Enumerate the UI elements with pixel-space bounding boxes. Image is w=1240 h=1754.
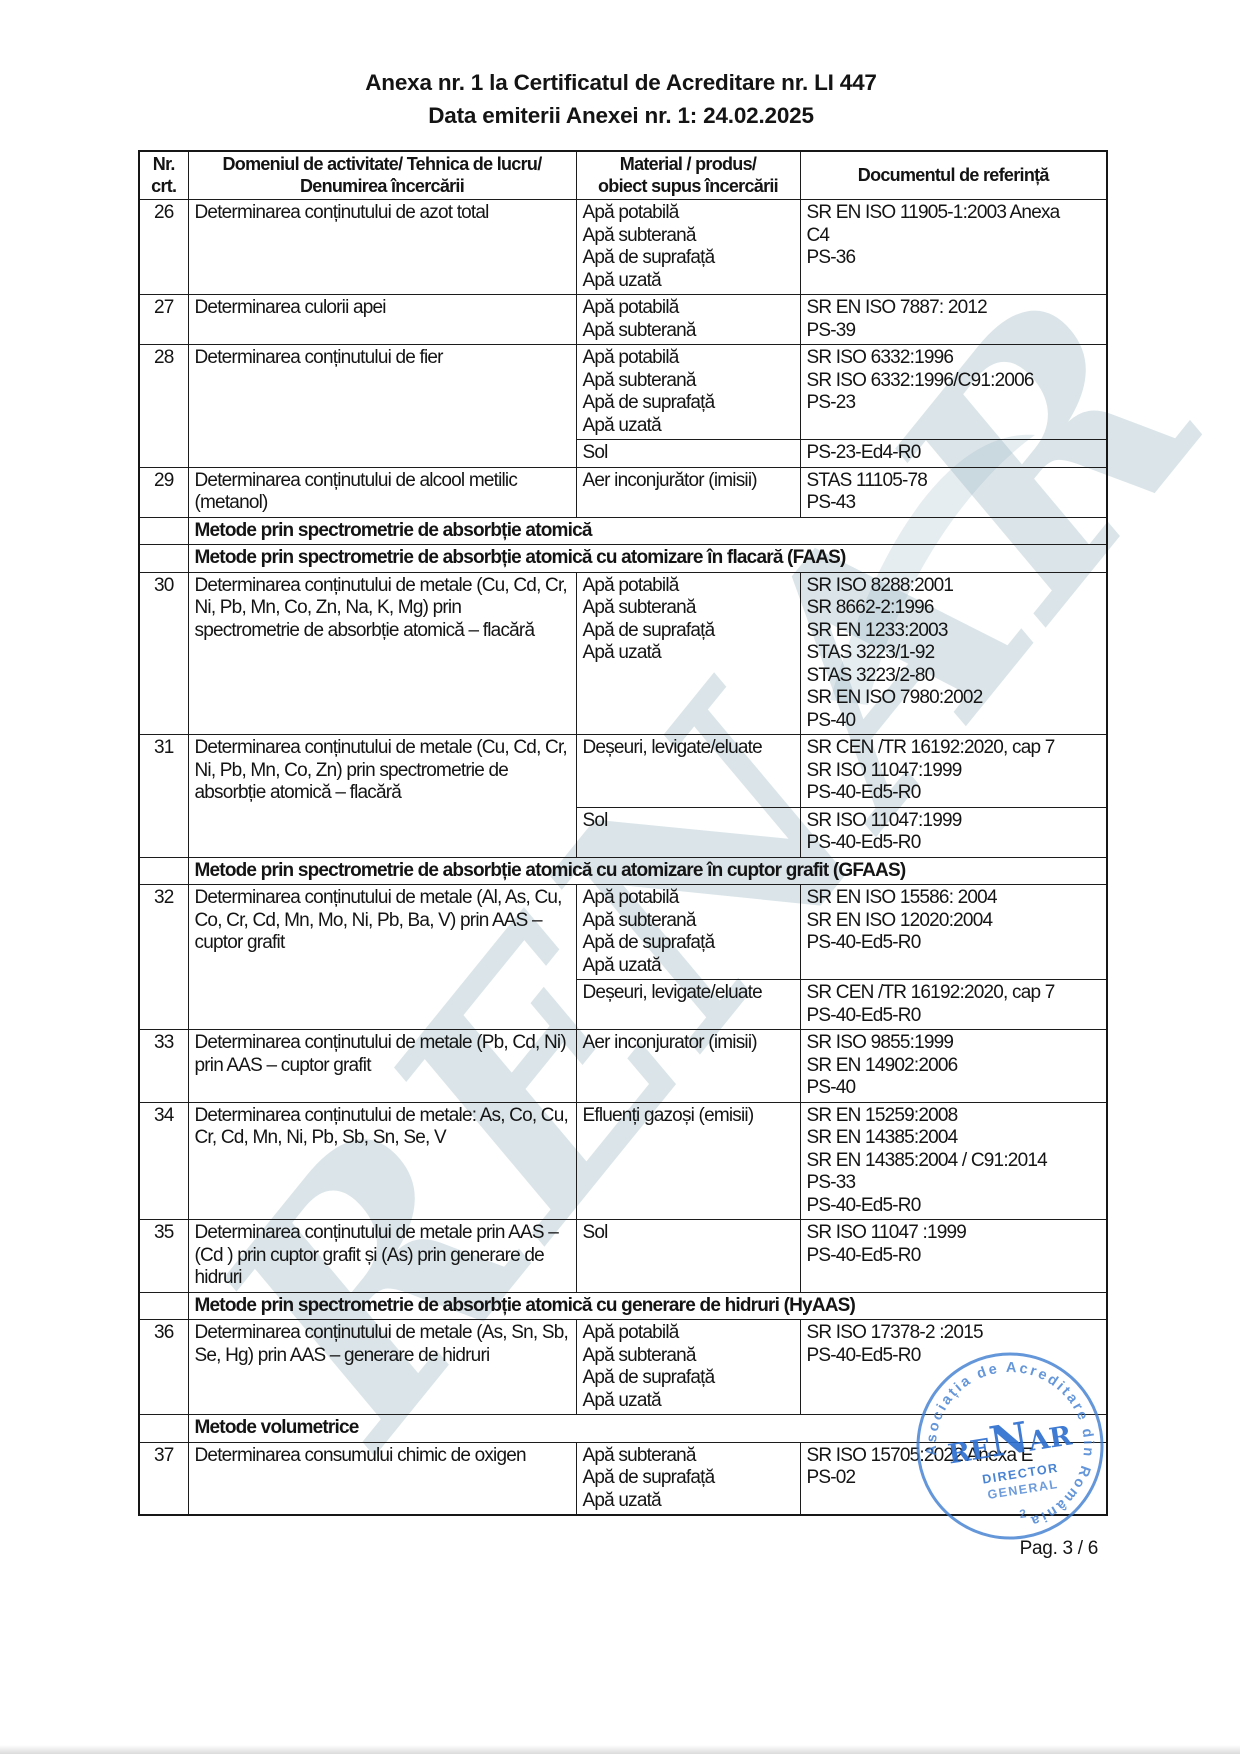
row-29-nr: 29 xyxy=(139,467,188,517)
row-34-material: Efluenți gazoși (emisii) xyxy=(576,1102,800,1220)
row-26-nr: 26 xyxy=(139,200,188,295)
scan-edge-shadow xyxy=(0,1745,1240,1754)
table-row-35: 35 Determinarea conținutului de metale p… xyxy=(139,1220,1107,1293)
section-volumetrice-empty xyxy=(139,1415,188,1443)
row-32-material-a: Apă potabilă Apă subterană Apă de supraf… xyxy=(576,885,800,980)
section-row-gfaas: Metode prin spectrometrie de absorbție a… xyxy=(139,857,1107,885)
row-29-material: Aer inconjurător (imisii) xyxy=(576,467,800,517)
row-30-material: Apă potabilă Apă subterană Apă de supraf… xyxy=(576,572,800,735)
section-aas-empty xyxy=(139,517,188,545)
row-28-reference-a: SR ISO 6332:1996 SR ISO 6332:1996/C91:20… xyxy=(800,345,1107,440)
row-26-reference: SR EN ISO 11905-1:2003 Anexa C4 PS-36 xyxy=(800,200,1107,295)
section-gfaas-empty xyxy=(139,857,188,885)
row-28-material-a: Apă potabilă Apă subterană Apă de supraf… xyxy=(576,345,800,440)
table-row-26: 26 Determinarea conținutului de azot tot… xyxy=(139,200,1107,295)
row-34-reference: SR EN 15259:2008 SR EN 14385:2004 SR EN … xyxy=(800,1102,1107,1220)
accreditation-table: Nr. crt. Domeniul de activitate/ Tehnica… xyxy=(138,150,1108,1516)
row-37-nr: 37 xyxy=(139,1442,188,1515)
section-gfaas-label: Metode prin spectrometrie de absorbție a… xyxy=(188,857,1107,885)
row-33-domain: Determinarea conținutului de metale (Pb,… xyxy=(188,1030,576,1103)
row-37-material: Apă subterană Apă de suprafață Apă uzată xyxy=(576,1442,800,1515)
header-domain: Domeniul de activitate/ Tehnica de lucru… xyxy=(188,151,576,200)
row-32-domain: Determinarea conținutului de metale (Al,… xyxy=(188,885,576,1030)
row-27-reference: SR EN ISO 7887: 2012 PS-39 xyxy=(800,295,1107,345)
row-34-nr: 34 xyxy=(139,1102,188,1220)
row-31-domain: Determinarea conținutului de metale (Cu,… xyxy=(188,735,576,858)
section-faas-label: Metode prin spectrometrie de absorbție a… xyxy=(188,545,1107,573)
page-title: Anexa nr. 1 la Certificatul de Acreditar… xyxy=(136,66,1106,132)
table-header-row: Nr. crt. Domeniul de activitate/ Tehnica… xyxy=(139,151,1107,200)
section-hyaas-empty xyxy=(139,1292,188,1320)
row-29-reference: STAS 11105-78 PS-43 xyxy=(800,467,1107,517)
row-30-nr: 30 xyxy=(139,572,188,735)
stamp-number: 2 xyxy=(1018,1506,1027,1521)
table-row-30: 30 Determinarea conținutului de metale (… xyxy=(139,572,1107,735)
row-32-material-b: Deșeuri, levigate/eluate xyxy=(576,980,800,1030)
row-31-reference-a: SR CEN /TR 16192:2020, cap 7 SR ISO 1104… xyxy=(800,735,1107,808)
row-35-domain: Determinarea conținutului de metale prin… xyxy=(188,1220,576,1293)
section-row-hyaas: Metode prin spectrometrie de absorbție a… xyxy=(139,1292,1107,1320)
row-37-domain: Determinarea consumului chimic de oxigen xyxy=(188,1442,576,1515)
row-31-material-b: Sol xyxy=(576,807,800,857)
section-faas-empty xyxy=(139,545,188,573)
row-31-reference-b: SR ISO 11047:1999 PS-40-Ed5-R0 xyxy=(800,807,1107,857)
row-35-reference: SR ISO 11047 :1999 PS-40-Ed5-R0 xyxy=(800,1220,1107,1293)
row-32-nr: 32 xyxy=(139,885,188,1030)
table-row-32: 32 Determinarea conținutului de metale (… xyxy=(139,885,1107,980)
row-28-nr: 28 xyxy=(139,345,188,468)
row-30-reference: SR ISO 8288:2001 SR 8662-2:1996 SR EN 12… xyxy=(800,572,1107,735)
section-hyaas-label: Metode prin spectrometrie de absorbție a… xyxy=(188,1292,1107,1320)
row-26-domain: Determinarea conținutului de azot total xyxy=(188,200,576,295)
row-26-material: Apă potabilă Apă subterană Apă de supraf… xyxy=(576,200,800,295)
row-32-reference-b: SR CEN /TR 16192:2020, cap 7 PS-40-Ed5-R… xyxy=(800,980,1107,1030)
row-30-domain: Determinarea conținutului de metale (Cu,… xyxy=(188,572,576,735)
section-row-faas: Metode prin spectrometrie de absorbție a… xyxy=(139,545,1107,573)
table-row-28: 28 Determinarea conținutului de fier Apă… xyxy=(139,345,1107,440)
row-31-nr: 31 xyxy=(139,735,188,858)
row-31-material-a: Deșeuri, levigate/eluate xyxy=(576,735,800,808)
row-36-nr: 36 xyxy=(139,1320,188,1415)
row-28-reference-b: PS-23-Ed4-R0 xyxy=(800,440,1107,468)
renar-stamp: Asociația de Acreditare din România RENA… xyxy=(898,1334,1122,1558)
section-row-aas: Metode prin spectrometrie de absorbție a… xyxy=(139,517,1107,545)
table-row-34: 34 Determinarea conținutului de metale: … xyxy=(139,1102,1107,1220)
row-36-domain: Determinarea conținutului de metale (As,… xyxy=(188,1320,576,1415)
row-33-reference: SR ISO 9855:1999 SR EN 14902:2006 PS-40 xyxy=(800,1030,1107,1103)
row-36-material: Apă potabilă Apă subterană Apă de supraf… xyxy=(576,1320,800,1415)
row-35-material: Sol xyxy=(576,1220,800,1293)
table-row-33: 33 Determinarea conținutului de metale (… xyxy=(139,1030,1107,1103)
table-row-27: 27 Determinarea culorii apei Apă potabil… xyxy=(139,295,1107,345)
row-28-material-b: Sol xyxy=(576,440,800,468)
row-27-nr: 27 xyxy=(139,295,188,345)
table-row-31: 31 Determinarea conținutului de metale (… xyxy=(139,735,1107,808)
row-32-reference-a: SR EN ISO 15586: 2004 SR EN ISO 12020:20… xyxy=(800,885,1107,980)
title-line-2: Data emiterii Anexei nr. 1: 24.02.2025 xyxy=(136,99,1106,132)
row-27-material: Apă potabilă Apă subterană xyxy=(576,295,800,345)
row-33-nr: 33 xyxy=(139,1030,188,1103)
header-material: Material / produs/ obiect supus încercăr… xyxy=(576,151,800,200)
row-34-domain: Determinarea conținutului de metale: As,… xyxy=(188,1102,576,1220)
table-row-29: 29 Determinarea conținutului de alcool m… xyxy=(139,467,1107,517)
row-27-domain: Determinarea culorii apei xyxy=(188,295,576,345)
section-aas-label: Metode prin spectrometrie de absorbție a… xyxy=(188,517,1107,545)
row-28-domain: Determinarea conținutului de fier xyxy=(188,345,576,468)
row-29-domain: Determinarea conținutului de alcool meti… xyxy=(188,467,576,517)
row-35-nr: 35 xyxy=(139,1220,188,1293)
row-33-material: Aer inconjurator (imisii) xyxy=(576,1030,800,1103)
header-reference: Documentul de referință xyxy=(800,151,1107,200)
title-line-1: Anexa nr. 1 la Certificatul de Acreditar… xyxy=(136,66,1106,99)
header-nr: Nr. crt. xyxy=(139,151,188,200)
